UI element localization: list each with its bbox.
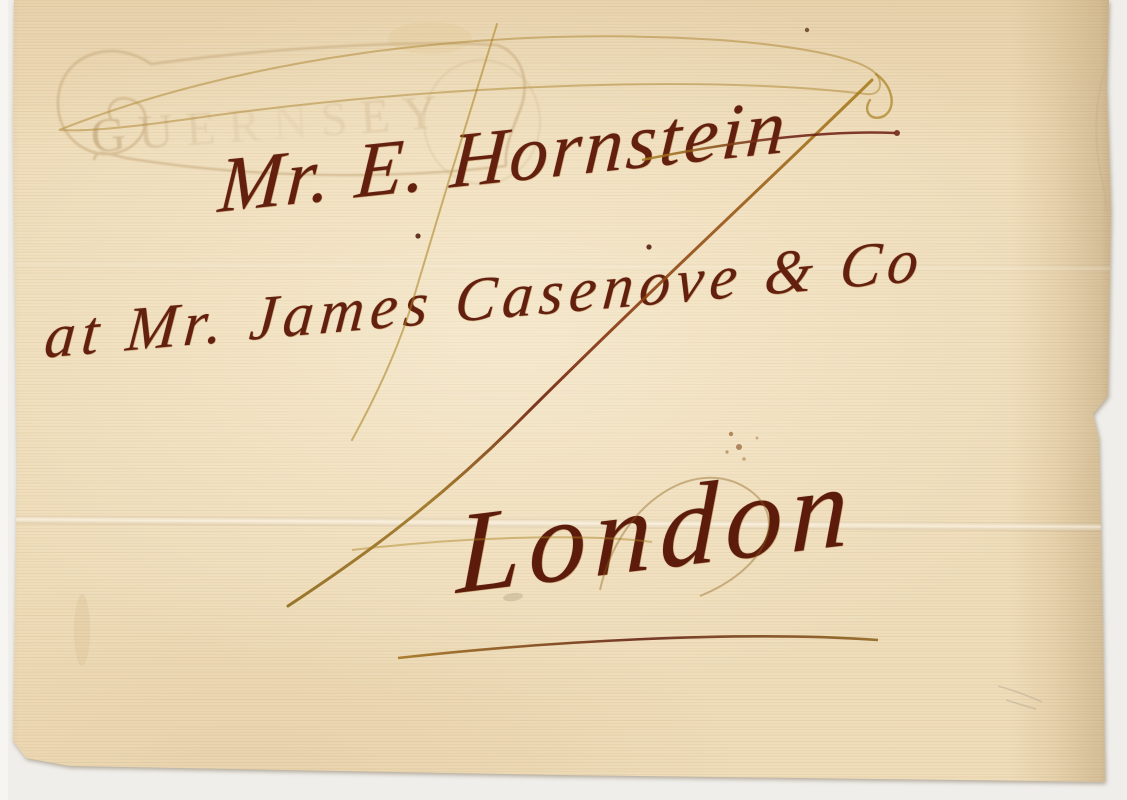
london-underline-swash — [398, 636, 878, 658]
t-cross-ink-blob — [894, 130, 900, 136]
scanned-letter-cover: GUERNSEY Mr. E. Hornstein at Mr. James C… — [0, 0, 1127, 800]
hornstein-t-cross-flourish — [642, 132, 895, 160]
ink-flourish-layer — [0, 0, 1127, 800]
ink-specks — [415, 28, 809, 461]
london-ascender-loop — [600, 478, 769, 596]
rate-mark-7 — [59, 24, 892, 606]
rate-7-descender — [288, 80, 872, 606]
paper-shadow: GUERNSEY Mr. E. Hornstein at Mr. James C… — [0, 0, 1127, 800]
london-leadin-stroke — [352, 537, 652, 550]
rate-7-second-diagonal — [352, 24, 497, 440]
letter-paper: GUERNSEY Mr. E. Hornstein at Mr. James C… — [0, 0, 1127, 800]
